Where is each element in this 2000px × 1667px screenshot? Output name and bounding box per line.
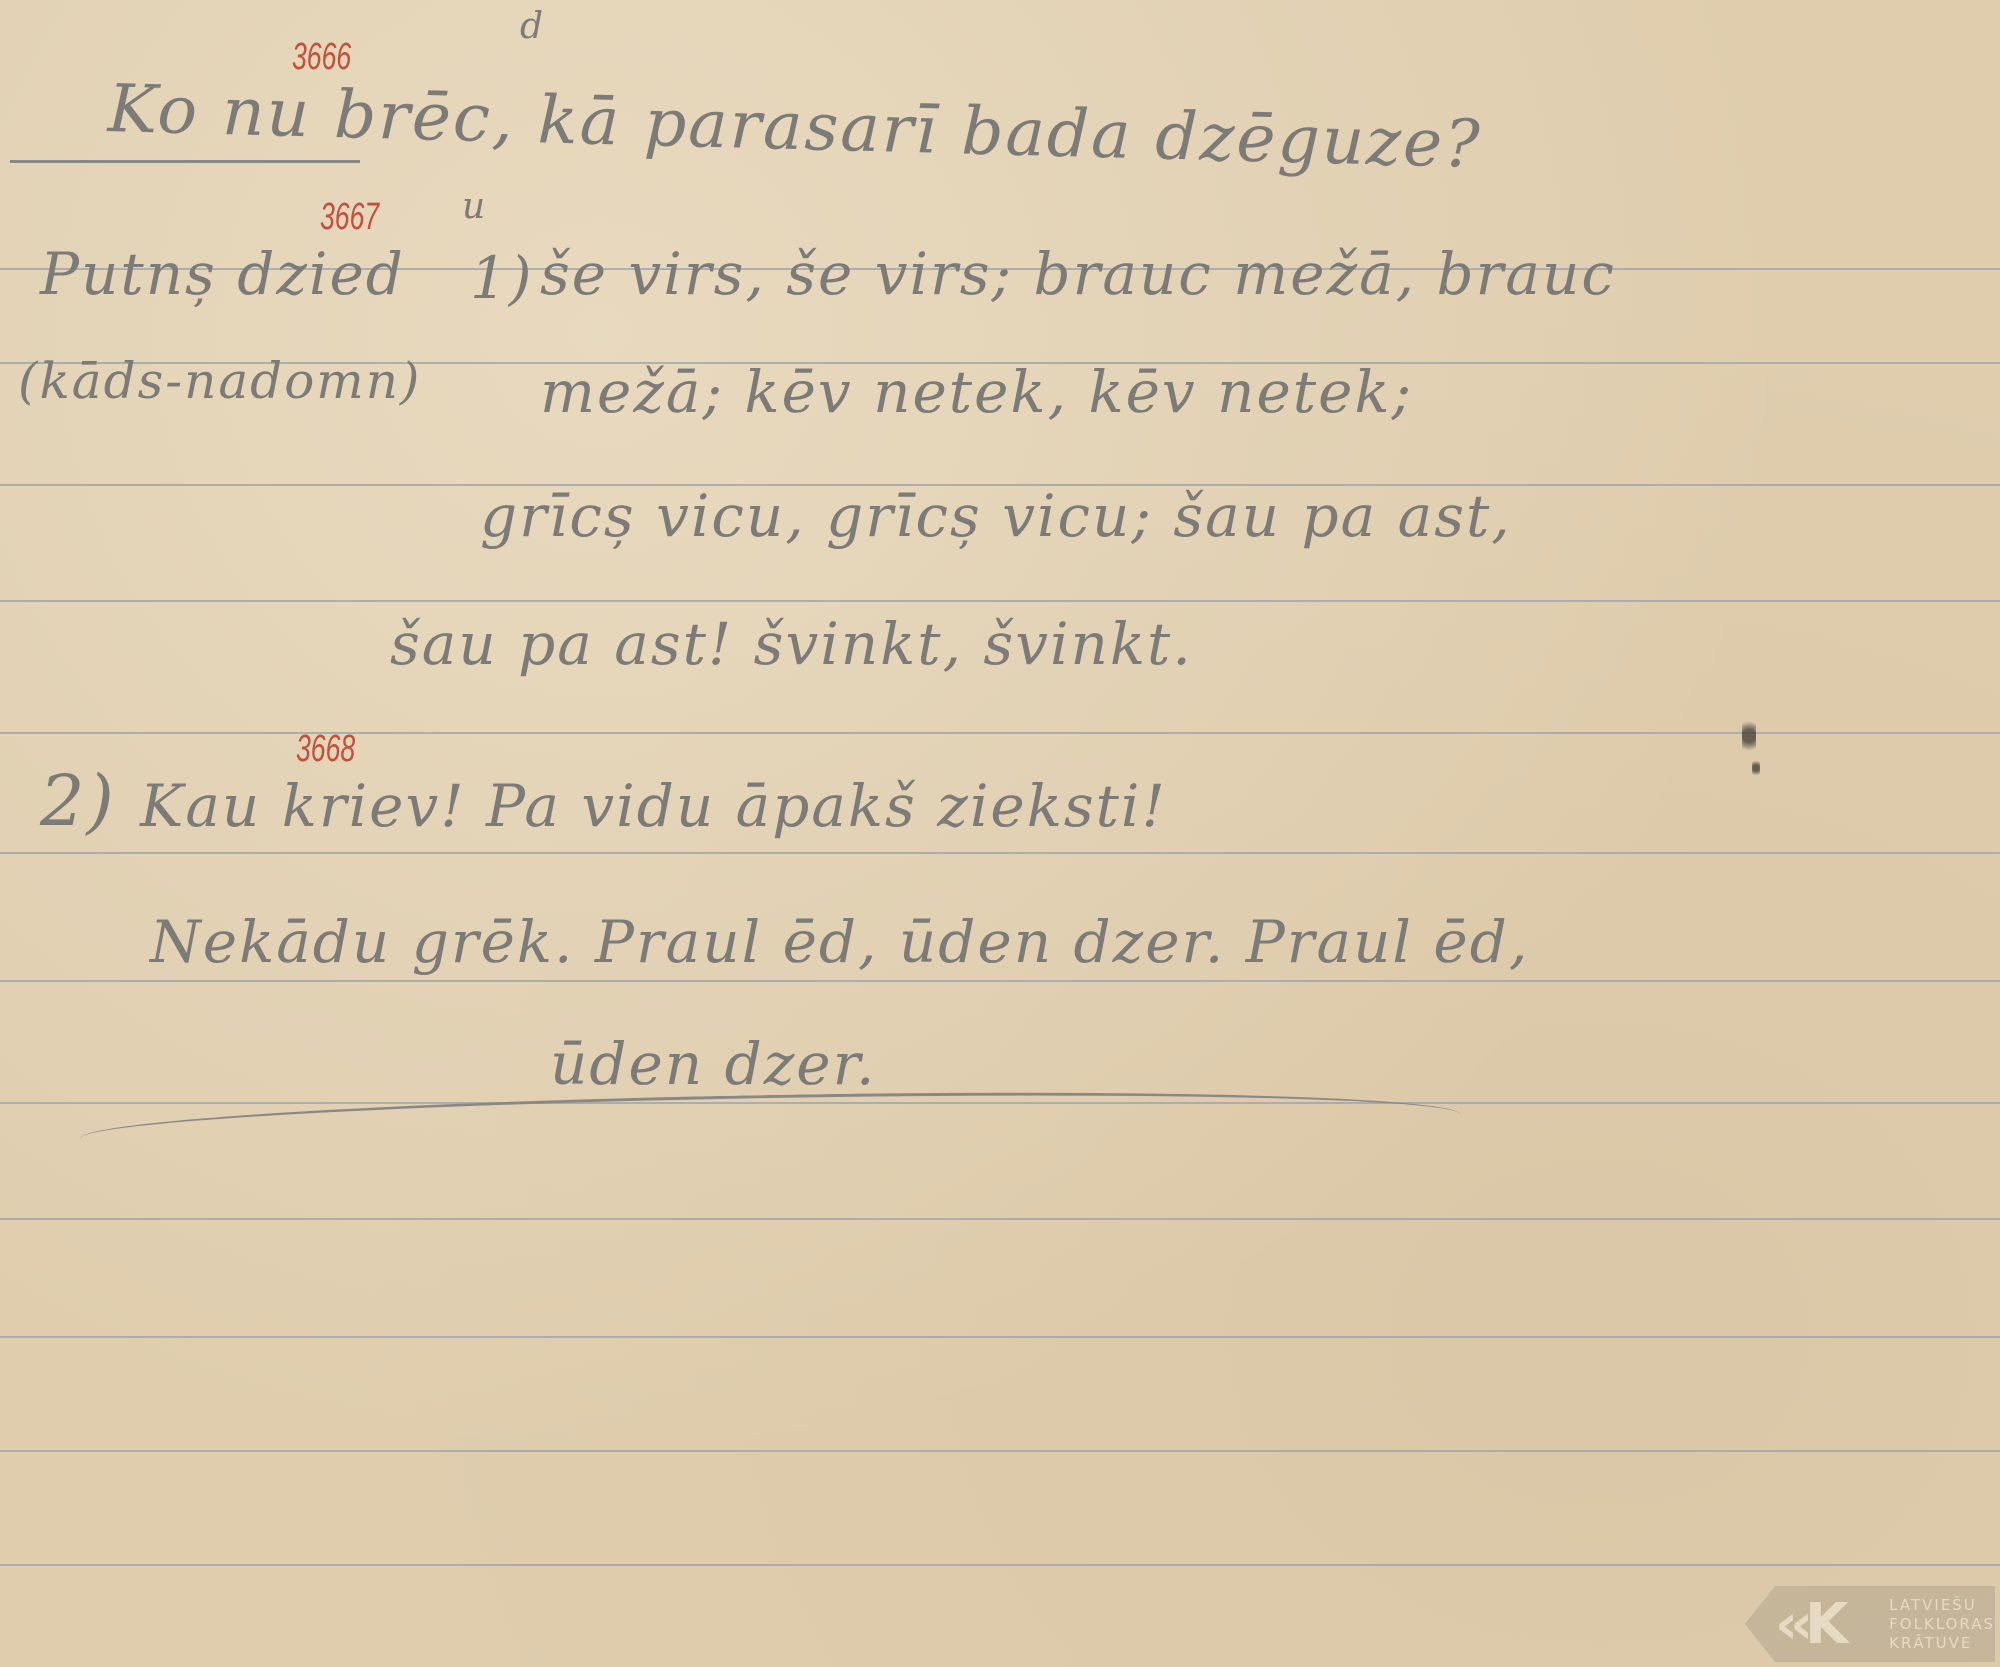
entry-number: 3667 [320, 196, 379, 239]
ruled-line [0, 1564, 2000, 1566]
ruled-line [0, 600, 2000, 602]
archive-watermark: ‹‹K LATVIEŠU FOLKLORAS KRĀTUVE [1745, 1586, 1995, 1662]
verse-line: mežā; kēv netek, kēv netek; [540, 358, 1413, 426]
ruled-line [0, 852, 2000, 854]
superscript-mark: d [520, 6, 545, 47]
lfk-logo-icon: ‹‹K [1775, 1592, 1881, 1657]
ink-smudge [1752, 758, 1760, 778]
verse-line: Nekādu grēk. Praul ēd, ūden dzer. Praul … [150, 908, 1529, 976]
entry-label: Putnș dzied [40, 240, 405, 308]
verse-line: Kau kriev! Pa vidu āpakš zieksti! [140, 772, 1167, 840]
entry-number: 3668 [296, 728, 355, 771]
verse-line: grīcș vicu, grīcș vicu; šau pa ast, [480, 482, 1512, 550]
entry-index: 2) [40, 760, 116, 842]
entry-label-note: (kāds-nadomn) [18, 352, 421, 410]
watermark-line: KRĀTUVE [1889, 1634, 1995, 1653]
entry-number: 3666 [292, 36, 351, 79]
ruled-line [0, 980, 2000, 982]
watermark-line: LATVIEŠU [1889, 1596, 1995, 1615]
ruled-line [0, 1336, 2000, 1338]
entry-marker: u [462, 186, 487, 227]
verse-line: šau pa ast! švinkt, švinkt. [390, 610, 1193, 678]
verse-line: še virs, še virs; brauc mežā, brauc [540, 240, 1616, 308]
ink-smudge [1742, 716, 1756, 756]
watermark-text: LATVIEŠU FOLKLORAS KRĀTUVE [1889, 1596, 1995, 1653]
watermark-line: FOLKLORAS [1889, 1615, 1995, 1634]
verse-line: ūden dzer. [550, 1030, 876, 1098]
entry-index: 1) [470, 244, 534, 312]
ruled-line [0, 1218, 2000, 1220]
title-underline [10, 160, 360, 175]
ruled-line [0, 1450, 2000, 1452]
